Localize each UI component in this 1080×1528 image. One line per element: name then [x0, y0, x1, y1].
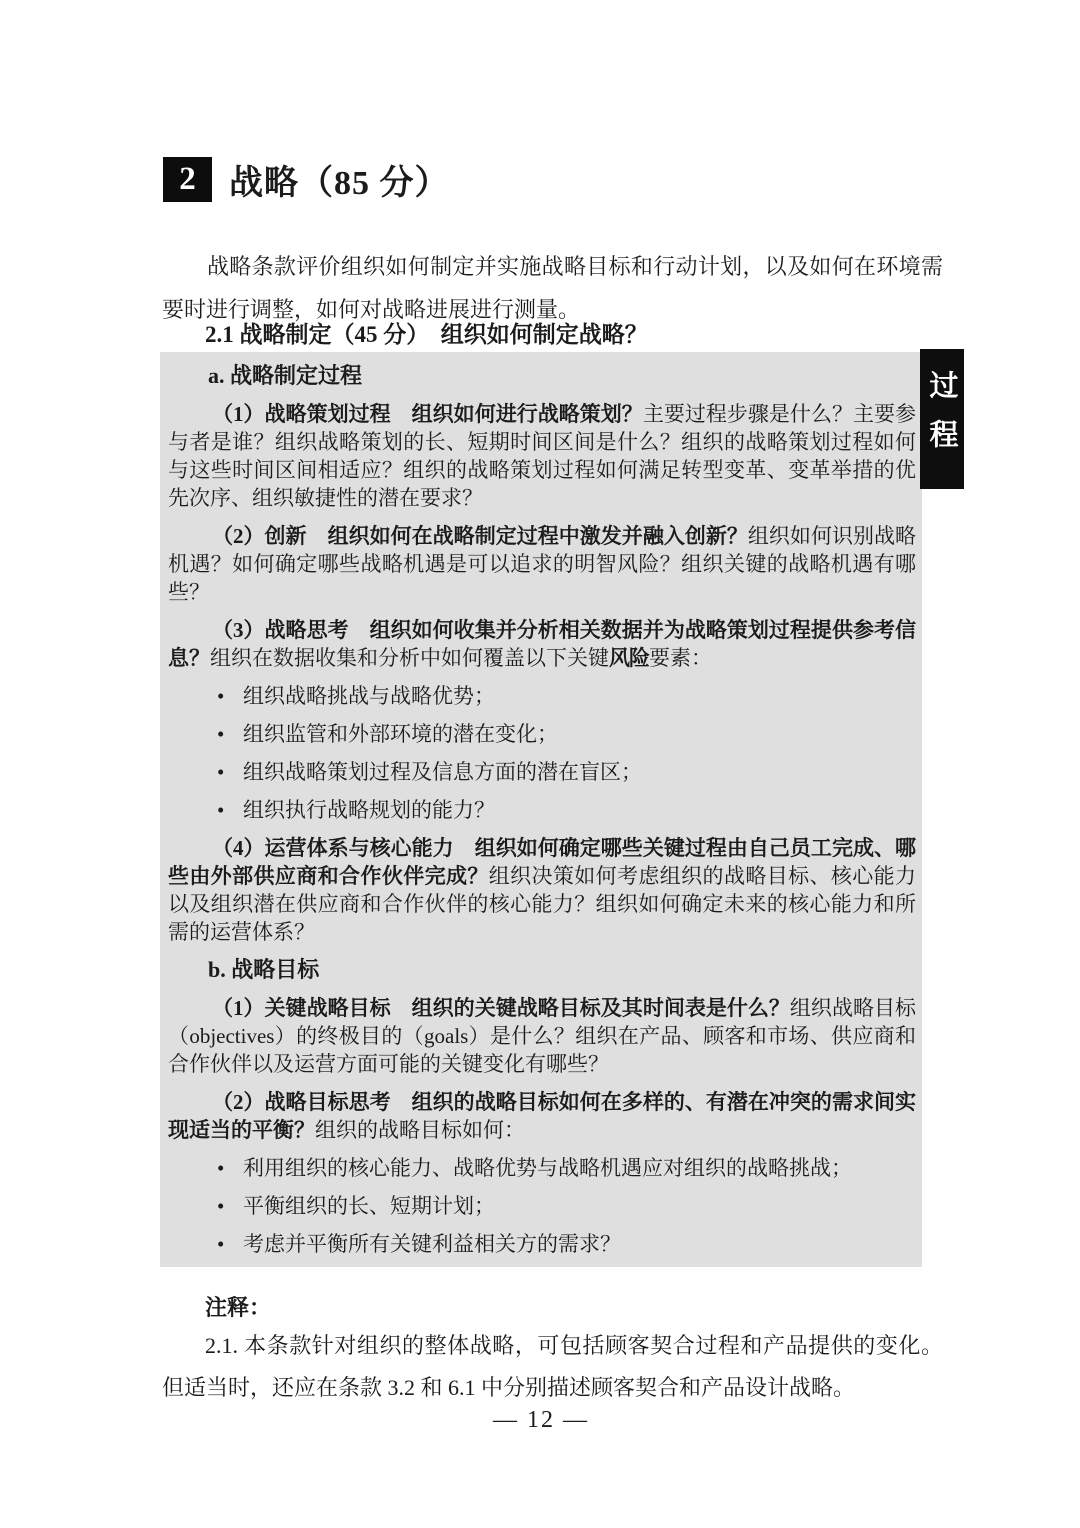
req-a2-lead: （2）创新 组织如何在战略制定过程中激发并融入创新？ [212, 524, 748, 548]
bullet-item: 组织战略挑战与战略优势； [168, 682, 916, 710]
req-b1-key-strategic-objectives: （1）关键战略目标 组织的关键战略目标及其时间表是什么？组织战略目标（objec… [168, 994, 916, 1078]
req-a3-emphasis-risk: 风险 [609, 646, 649, 670]
bullet-item: 组织监管和外部环境的潜在变化； [168, 720, 916, 748]
notes-heading: 注释： [205, 1291, 271, 1322]
bullet-item: 平衡组织的长、短期计划； [168, 1192, 916, 1220]
req-b1-lead: （1）关键战略目标 组织的关键战略目标及其时间表是什么？ [212, 996, 790, 1020]
part-b-bullet-list: 利用组织的核心能力、战略优势与战略机遇应对组织的战略挑战； 平衡组织的长、短期计… [168, 1154, 916, 1258]
bullet-item: 利用组织的核心能力、战略优势与战略机遇应对组织的战略挑战； [168, 1154, 916, 1182]
part-a-heading: a. 战略制定过程 [168, 362, 916, 390]
req-a3-body-after: 要素： [649, 646, 712, 670]
section-title: 战略（85 分） [229, 155, 450, 204]
req-a3-strategic-thinking: （3）战略思考 组织如何收集并分析相关数据并为战略策划过程提供参考信息？组织在数… [168, 616, 916, 672]
bullet-item: 考虑并平衡所有关键利益相关方的需求？ [168, 1230, 916, 1258]
req-b2-body: 组织的战略目标如何： [315, 1118, 525, 1142]
req-b2-strategic-objective-considerations: （2）战略目标思考 组织的战略目标如何在多样的、有潜在冲突的需求间实现适当的平衡… [168, 1088, 916, 1144]
part-a-bullet-list: 组织战略挑战与战略优势； 组织监管和外部环境的潜在变化； 组织战略策划过程及信息… [168, 682, 916, 824]
req-b2-lead: （2）战略目标思考 组织的战略目标如何在多样的、有潜在冲突的需求间实现适当的平衡… [168, 1090, 916, 1142]
req-a1-lead: （1）战略策划过程 组织如何进行战略策划？ [212, 402, 643, 426]
item-2-1-label: 2.1 战略制定（45 分） [205, 322, 418, 347]
document-page: 2 战略（85 分） 战略条款评价组织如何制定并实施战略目标和行动计划，以及如何… [0, 0, 1080, 1528]
part-b-heading: b. 战略目标 [168, 956, 916, 984]
bullet-item: 组织执行战略规划的能力？ [168, 796, 916, 824]
page-number: — 12 — [160, 1407, 922, 1434]
req-a4-work-systems-core-competencies: （4）运营体系与核心能力 组织如何确定哪些关键过程由自己员工完成、哪些由外部供应… [168, 834, 916, 946]
section-number-badge: 2 [163, 157, 212, 202]
item-2-1-question: 组织如何制定战略？ [441, 322, 648, 347]
item-2-1-heading: 2.1 战略制定（45 分） 组织如何制定战略？ [205, 316, 648, 349]
req-a1-strategy-planning-process: （1）战略策划过程 组织如何进行战略策划？主要过程步骤是什么？主要参与者是谁？组… [168, 400, 916, 512]
section-header: 2 战略（85 分） [163, 155, 450, 204]
req-a3-body-before: 组织在数据收集和分析中如何覆盖以下关键 [210, 646, 609, 670]
bullet-item: 组织战略策划过程及信息方面的潜在盲区； [168, 758, 916, 786]
note-2-1: 2.1. 本条款针对组织的整体战略，可包括顾客契合过程和产品提供的变化。但适当时… [162, 1325, 943, 1409]
process-requirements-box: a. 战略制定过程 （1）战略策划过程 组织如何进行战略策划？主要过程步骤是什么… [160, 352, 922, 1267]
side-tab-process: 过程 [920, 349, 964, 489]
req-a2-innovation: （2）创新 组织如何在战略制定过程中激发并融入创新？组织如何识别战略机遇？如何确… [168, 522, 916, 606]
